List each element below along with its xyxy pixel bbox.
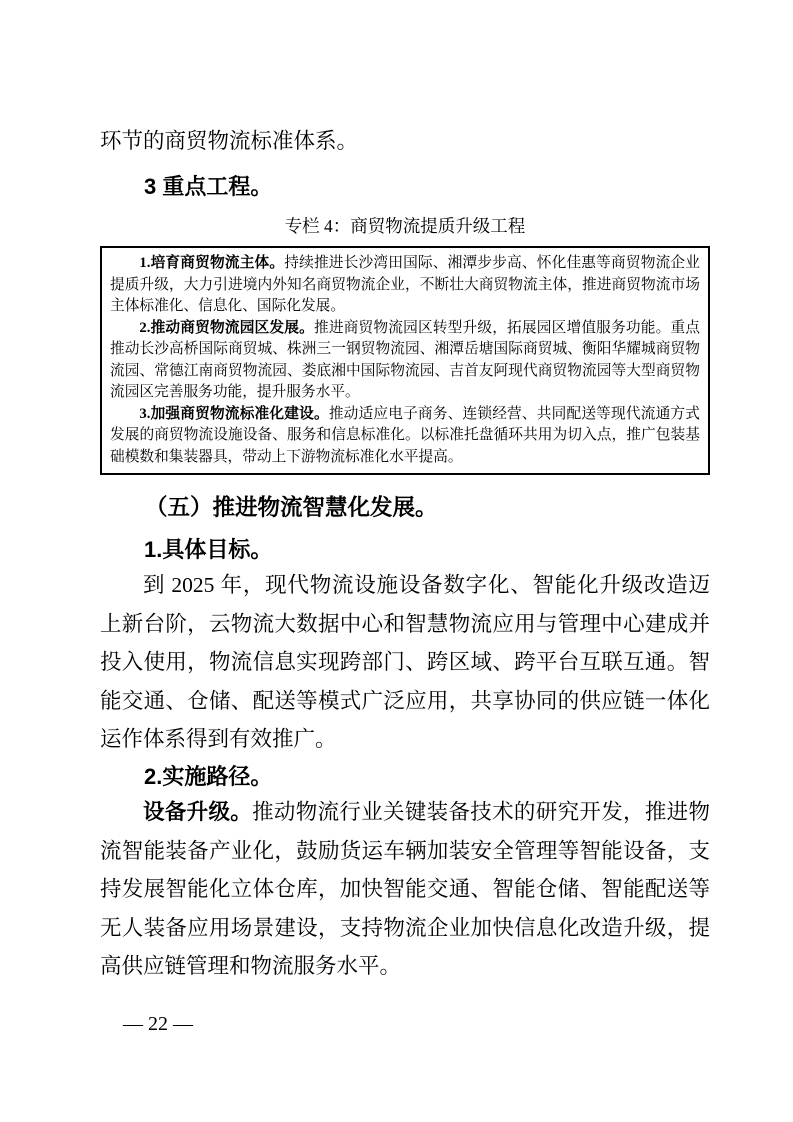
box-paragraph-3-lead: 3.加强商贸物流标准化建设。 xyxy=(139,406,328,422)
section-3-heading: 3 重点工程。 xyxy=(100,171,710,202)
section-5-sub1-heading: 1.具体目标。 xyxy=(100,534,710,566)
box-paragraph-2: 2.推动商贸物流园区发展。推进商贸物流园区转型升级，拓展园区增值服务功能。重点推… xyxy=(110,318,700,404)
feature-box-caption: 专栏 4：商贸物流提质升级工程 xyxy=(100,213,710,240)
box-paragraph-1-lead: 1.培育商贸物流主体。 xyxy=(139,255,284,271)
box-paragraph-1: 1.培育商贸物流主体。持续推进长沙湾田国际、湘潭步步高、怀化佳惠等商贸物流企业提… xyxy=(110,253,700,318)
document-page: 环节的商贸物流标准体系。 3 重点工程。 专栏 4：商贸物流提质升级工程 1.培… xyxy=(0,0,793,1122)
path-paragraph-lead: 设备升级。 xyxy=(143,800,252,824)
box-paragraph-2-lead: 2.推动商贸物流园区发展。 xyxy=(139,320,314,336)
path-paragraph: 设备升级。推动物流行业关键装备技术的研究开发，推进物流智能装备产业化，鼓励货运车… xyxy=(100,793,710,986)
box-paragraph-3: 3.加强商贸物流标准化建设。推动适应电子商务、连锁经营、共同配送等现代流通方式发… xyxy=(110,404,700,469)
goals-paragraph: 到 2025 年，现代物流设施设备数字化、智能化升级改造迈上新台阶，云物流大数据… xyxy=(100,566,710,759)
continuation-text: 环节的商贸物流标准体系。 xyxy=(100,126,710,157)
section-5-sub2-heading: 2.实施路径。 xyxy=(100,761,710,793)
path-paragraph-text: 推动物流行业关键装备技术的研究开发，推进物流智能装备产业化，鼓励货运车辆加装安全… xyxy=(100,800,710,978)
section-5-heading: （五）推进物流智慧化发展。 xyxy=(100,491,710,524)
page-content: 环节的商贸物流标准体系。 3 重点工程。 专栏 4：商贸物流提质升级工程 1.培… xyxy=(100,0,710,1038)
feature-box: 1.培育商贸物流主体。持续推进长沙湾田国际、湘潭步步高、怀化佳惠等商贸物流企业提… xyxy=(100,246,710,475)
page-number: — 22 — xyxy=(100,1010,710,1038)
